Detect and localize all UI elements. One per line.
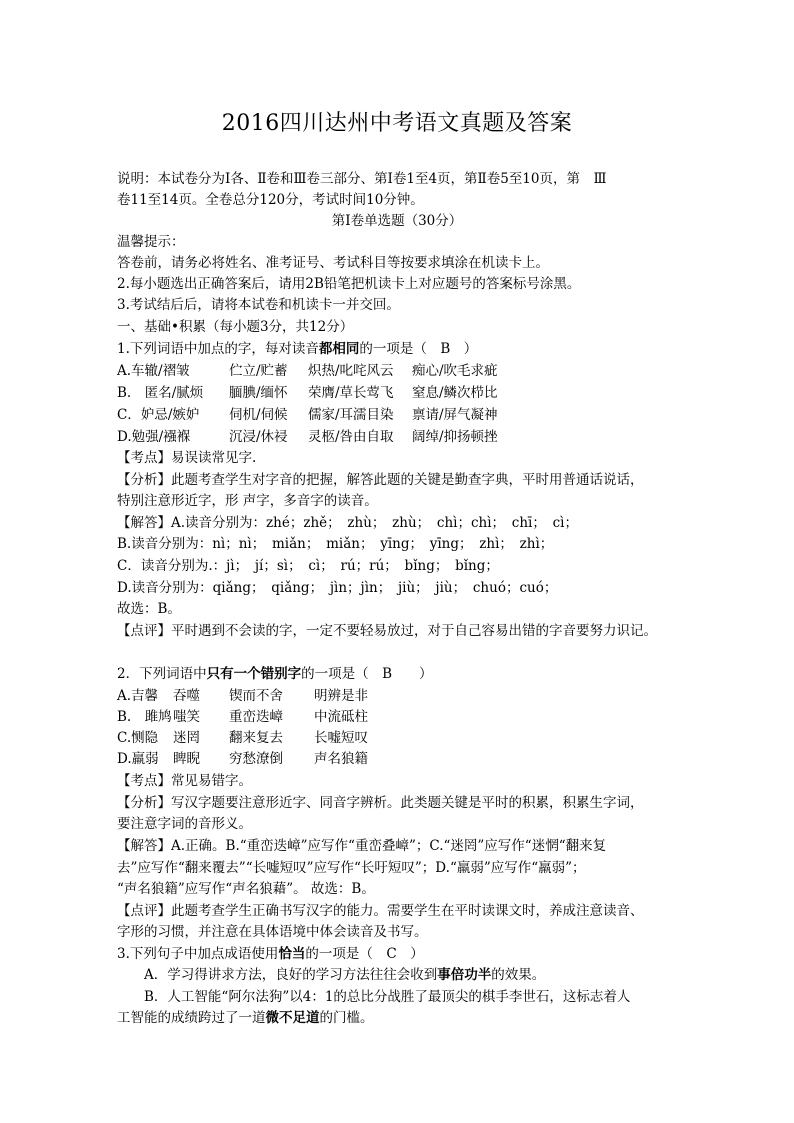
question-1-option: A.车辙/褶皱伫立/贮蓄炽热/叱咤风云痴心/吹毛求疵 [117,362,498,380]
q1-fenxi: 【分析】此题考查学生对字音的把握，解答此题的关键是勤查字典，平时用普通话说话， [117,471,644,489]
q1-fenxi: 特别注意形近字，形 声字，多音字的读音。 [117,492,378,510]
tips-heading: 温馨提示： [117,233,185,251]
question-2-stem: 2．下列词语中只有一个错别字的一项是（ B ） [117,665,433,683]
intro-line: 说明：本试卷分为Ⅰ各、Ⅱ卷和Ⅲ卷三部分、第Ⅰ卷1至4页，第Ⅱ卷5至10页，第 Ⅲ [117,170,607,188]
question-1-stem: 1.下列词语中加点的字，每对读音都相同的一项是（ B ） [117,340,477,358]
tip-item: 3.考试结后后，请将本试卷和机读卡一并交回。 [117,296,400,314]
q2-fenxi: 要注意字词的音形义。 [117,815,252,833]
q1-jieda: 【解答】A.读音分别为：zhé；zhě； zhù； zhù； chì；chì； … [117,514,578,532]
q2-jieda: 去”应写作“翻来覆去”“长嘘短叹”应写作“长吁短叹”；D.“羸弱”应写作“羸弱”… [117,859,586,877]
q2-jieda: 【解答】A.正确。B.“重峦迭嶂”应写作“重峦叠嶂”；C.“迷罔”应写作“迷惘“… [117,837,606,855]
question-3-option-b: B．人工智能“阿尔法狗”以4：1的总比分战胜了最顶尖的棋手李世石，这标志着人 [117,988,630,1006]
q2-dianping: 字形的习惯，并注意在具体语境中体会读音及书写。 [117,923,428,941]
question-3-option-a: A．学习得讲求方法，良好的学习方法往往会收到事倍功半的效果。 [117,966,545,984]
q1-jieda: B.读音分别为：nì；nì； miǎn； miǎn； yīng； yīng； z… [117,535,553,553]
q2-dianping: 【点评】此题考查学生正确书写汉字的能力。需要学生在平时读课文时，养成注意读音、 [117,902,644,920]
part-heading: 一、基础•积累（每小题3分，共12分） [117,318,353,336]
q2-jieda: “声名狼籍”应写作“声名狼藉”。 故选：B。 [117,880,375,898]
question-1-option: D.勉强/襁褓沉浸/休祲灵柩/咎由自取阔绰/抑扬顿挫 [117,428,498,446]
tip-item: 答卷前，请务必将姓名、准考证号、考试科目等按要求填涂在机读卡上。 [117,254,549,272]
tip-item: 2.每小题选出正确答案后，请用2B铅笔把机读卡上对应题号的答案标号涂黑。 [117,275,580,293]
question-3-option-b: 工智能的成绩跨过了一道微不足道的门槛。 [117,1009,374,1027]
q1-answer: 故选：B。 [117,600,181,618]
q2-kaodian: 【考点】常见易错字。 [117,772,252,790]
q1-jieda: D.读音分别为：qiǎng； qiǎng； jìn；jìn； jiù； jiù；… [117,579,557,597]
question-2-option: A.吉馨吞噬锲而不舍明辨是非 [117,687,368,705]
question-1-option: C．妒忌/嫉妒伺机/伺候儒家/耳濡目染禀请/屏气凝神 [117,406,498,424]
question-2-option: D.羸弱睥睨穷愁潦倒声名狼籍 [117,750,368,768]
q1-kaodian: 【考点】易误读常见字. [117,449,256,467]
intro-line: 卷11至14页。全卷总分120分，考试时间10分钟。 [117,191,424,209]
question-2-option: B. 雎鸠嗤笑重峦迭嶂中流砥柱 [117,708,368,726]
document-title: 2016四川达州中考语文真题及答案 [0,106,794,137]
section-title: 第Ⅰ卷单选题（30分） [0,212,794,230]
q2-fenxi: 【分析】写汉字题要注意形近字、同音字辨析。此类题关键是平时的积累，积累生字词， [117,794,644,812]
question-2-option: C.恻隐迷罔翻来复去长嘘短叹 [117,729,368,747]
question-1-option: B. 匿名/腻烦腼腆/缅怀荣膺/草长莺飞窒息/鳞次栉比 [117,384,498,402]
question-3-stem: 3.下列句子中加点成语使用恰当的一项是（ C ） [117,945,424,963]
q1-jieda: C．读音分别为.：jì； jí；sì； cì； rú；rú； bǐng； bǐn… [117,557,499,575]
q1-dianping: 【点评】平时遇到不会读的字，一定不要轻易放过，对于自己容易出错的字音要努力识记。 [117,622,657,640]
